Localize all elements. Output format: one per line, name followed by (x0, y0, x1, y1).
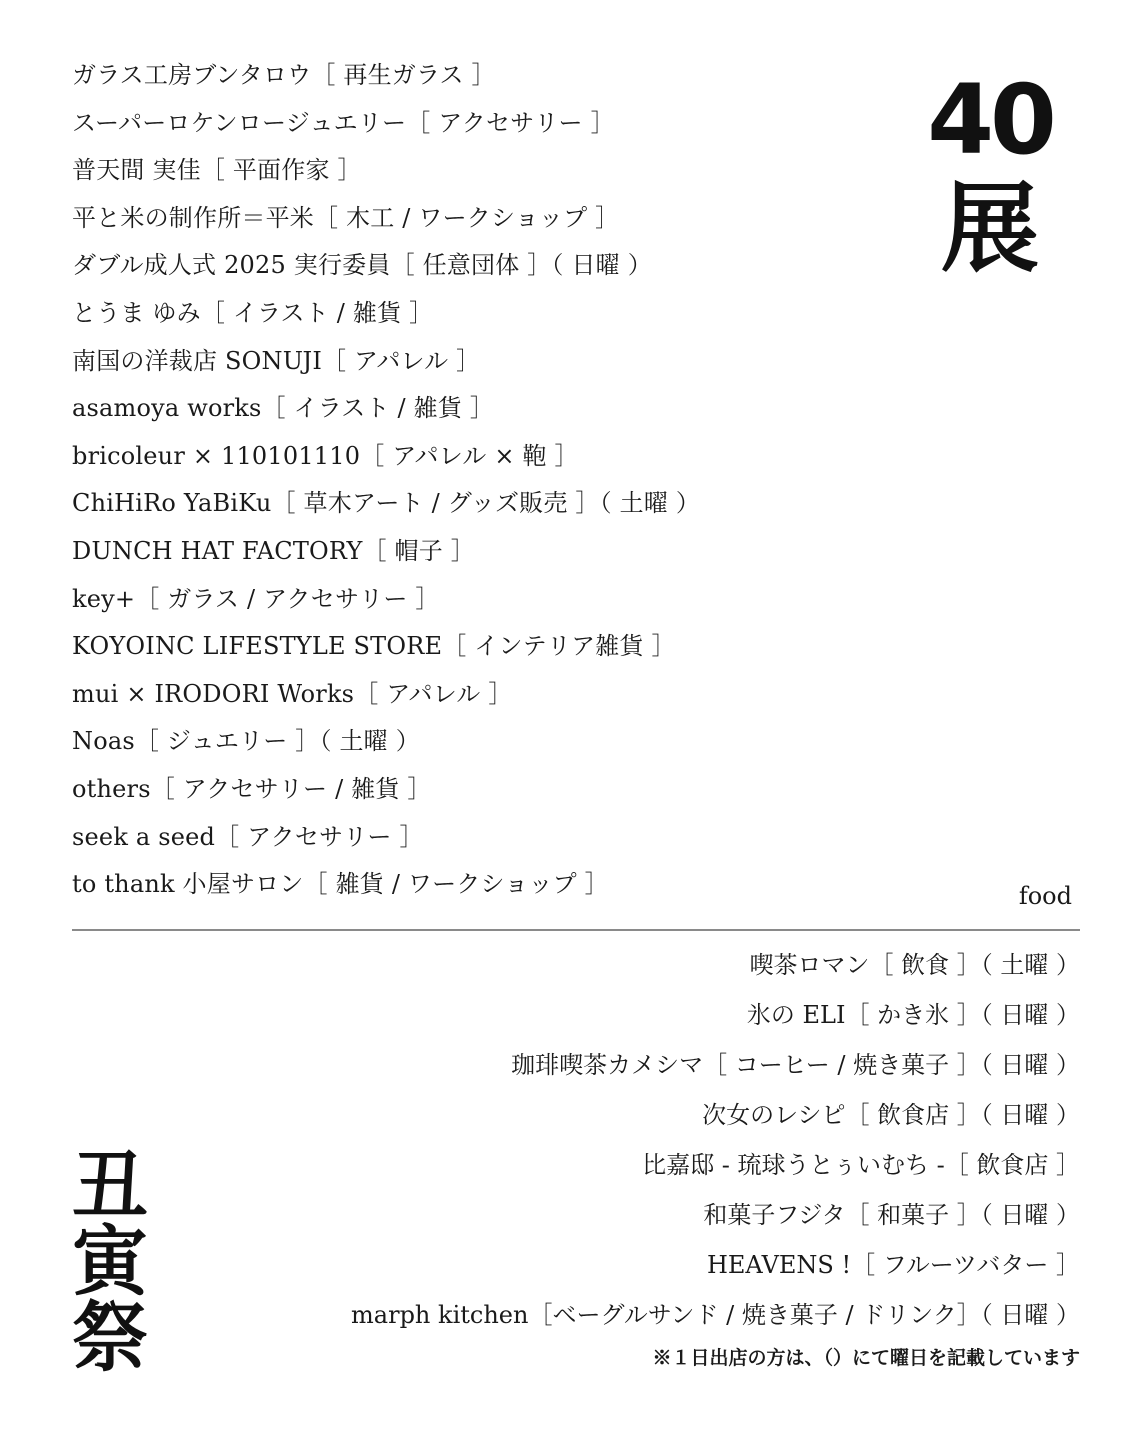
vendor-item: とうま ゆみ［ イラスト / 雑貨 ］ (72, 290, 700, 338)
food-vendor-item: 次女のレシピ［ 飲食店 ］（ 日曜 ） (351, 1090, 1080, 1140)
vendor-item: to thank 小屋サロン［ 雑貨 / ワークショップ ］ (72, 861, 700, 909)
vendor-item: ダブル成人式 2025 実行委員［ 任意団体 ］（ 日曜 ） (72, 242, 700, 290)
food-vendor-item: marph kitchen［ベーグルサンド / 焼き菓子 / ドリンク］（ 日曜… (351, 1290, 1080, 1340)
vendor-item: bricoleur × 110101110［ アパレル × 鞄 ］ (72, 433, 700, 481)
vendor-item: DUNCH HAT FACTORY［ 帽子 ］ (72, 528, 700, 576)
exhibition-logo: 40 展 (905, 70, 1075, 284)
vendor-item: ChiHiRo YaBiKu［ 草木アート / グッズ販売 ］（ 土曜 ） (72, 480, 700, 528)
logo-number: 40 (905, 70, 1075, 170)
vendor-item: mui × IRODORI Works［ アパレル ］ (72, 671, 700, 719)
vendor-item: others［ アクセサリー / 雑貨 ］ (72, 766, 700, 814)
food-vendor-list: 喫茶ロマン［ 飲食 ］（ 土曜 ） 氷の ELI［ かき氷 ］（ 日曜 ） 珈琲… (351, 940, 1080, 1340)
vendor-item: 普天間 実佳［ 平面作家 ］ (72, 147, 700, 195)
food-vendor-item: 喫茶ロマン［ 飲食 ］（ 土曜 ） (351, 940, 1080, 990)
vendor-item: key+［ ガラス / アクセサリー ］ (72, 576, 700, 624)
food-vendor-item: 氷の ELI［ かき氷 ］（ 日曜 ） (351, 990, 1080, 1040)
festival-logo: 丑 寅 祭 (60, 1148, 160, 1376)
footnote: ※１日出店の方は、（）にて曜日を記載しています (652, 1343, 1080, 1373)
festival-logo-char: 寅 (60, 1224, 160, 1300)
food-section-label: food (1019, 876, 1072, 916)
vendor-list: ガラス工房ブンタロウ［ 再生ガラス ］ スーパーロケンロージュエリー［ アクセサ… (72, 52, 700, 909)
food-vendor-item: HEAVENS !［ フルーツバター ］ (351, 1240, 1080, 1290)
festival-logo-char: 丑 (60, 1148, 160, 1224)
festival-logo-char: 祭 (60, 1300, 160, 1376)
vendor-item: Noas［ ジュエリー ］（ 土曜 ） (72, 718, 700, 766)
section-divider (72, 929, 1080, 931)
vendor-item: ガラス工房ブンタロウ［ 再生ガラス ］ (72, 52, 700, 100)
vendor-item: 南国の洋裁店 SONUJI［ アパレル ］ (72, 338, 700, 386)
food-vendor-item: 和菓子フジタ［ 和菓子 ］（ 日曜 ） (351, 1190, 1080, 1240)
food-vendor-item: 珈琲喫茶カメシマ［ コーヒー / 焼き菓子 ］（ 日曜 ） (351, 1040, 1080, 1090)
vendor-item: スーパーロケンロージュエリー［ アクセサリー ］ (72, 100, 700, 148)
vendor-item: asamoya works［ イラスト / 雑貨 ］ (72, 385, 700, 433)
vendor-item: 平と米の制作所＝平米［ 木工 / ワークショップ ］ (72, 195, 700, 243)
food-vendor-item: 比嘉邸 - 琉球うとぅいむち -［ 飲食店 ］ (351, 1140, 1080, 1190)
vendor-item: seek a seed［ アクセサリー ］ (72, 814, 700, 862)
logo-kanji: 展 (905, 174, 1075, 284)
vendor-item: KOYOINC LIFESTYLE STORE［ インテリア雑貨 ］ (72, 623, 700, 671)
